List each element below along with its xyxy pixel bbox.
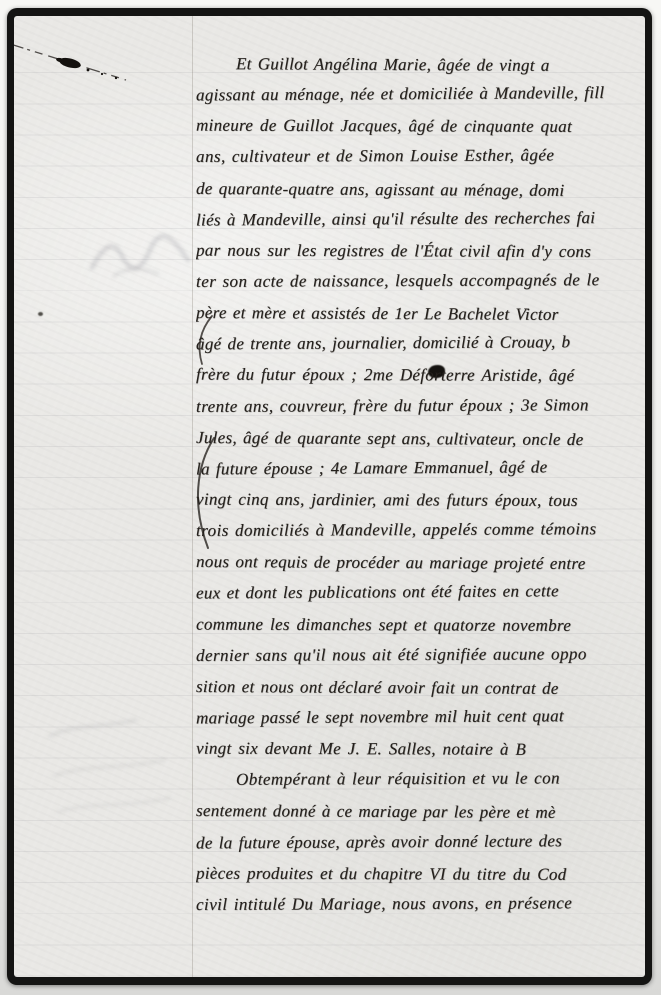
manuscript-line: vingt cinq ans, jardinier, ami des futur…: [196, 484, 645, 517]
manuscript-line: la future épouse ; 4e Lamare Emmanuel, â…: [196, 451, 645, 485]
manuscript-line: pièces produites et du chapitre VI du ti…: [196, 857, 645, 890]
manuscript-text: Et Guillot Angélina Marie, âgée de vingt…: [196, 48, 645, 920]
manuscript-line: agissant au ménage, née et domiciliée à …: [196, 77, 645, 111]
ink-smudge: [14, 36, 148, 96]
manuscript-line: ter son acte de naissance, lesquels acco…: [196, 264, 645, 297]
manuscript-line: de quarante-quatre ans, agissant au ména…: [196, 173, 645, 206]
scanned-page: Et Guillot Angélina Marie, âgée de vingt…: [0, 0, 661, 995]
manuscript-line: vingt six devant Me J. E. Salles, notair…: [196, 733, 645, 766]
manuscript-line: ans, cultivateur et de Simon Louise Esth…: [196, 139, 645, 172]
manuscript-line: trois domiciliés à Mandeville, appelés c…: [196, 513, 645, 546]
manuscript-line: trente ans, couvreur, frère du futur épo…: [196, 389, 645, 422]
manuscript-line: civil intitulé Du Mariage, nous avons, e…: [196, 887, 645, 920]
manuscript-line: mariage passé le sept novembre mil huit …: [196, 700, 645, 734]
manuscript-paper: Et Guillot Angélina Marie, âgée de vingt…: [14, 16, 645, 977]
manuscript-line: dernier sans qu'il nous ait été signifié…: [196, 638, 645, 671]
manuscript-line: de la future épouse, après avoir donné l…: [196, 824, 645, 858]
manuscript-line: mineure de Guillot Jacques, âgé de cinqu…: [196, 110, 645, 143]
manuscript-line: par nous sur les registres de l'État civ…: [196, 234, 645, 267]
manuscript-line: liés à Mandeville, ainsi qu'il résulte d…: [196, 201, 645, 235]
ink-speck: [38, 312, 43, 316]
manuscript-line: âgé de trente ans, journalier, domicilié…: [196, 326, 645, 360]
manuscript-line: commune les dimanches sept et quatorze n…: [196, 608, 645, 641]
bleedthrough-mark: [84, 216, 204, 286]
manuscript-line: Jules, âgé de quarante sept ans, cultiva…: [196, 422, 645, 455]
manuscript-line: eux et dont les publications ont été fai…: [196, 575, 645, 609]
manuscript-line: Obtempérant à leur réquisition et vu le …: [196, 762, 645, 795]
manuscript-line: sentement donné à ce mariage par les pèr…: [196, 795, 645, 828]
bleedthrough-mark: [44, 706, 184, 826]
manuscript-line: frère du futur époux ; 2me Déforterre Ar…: [196, 359, 645, 392]
